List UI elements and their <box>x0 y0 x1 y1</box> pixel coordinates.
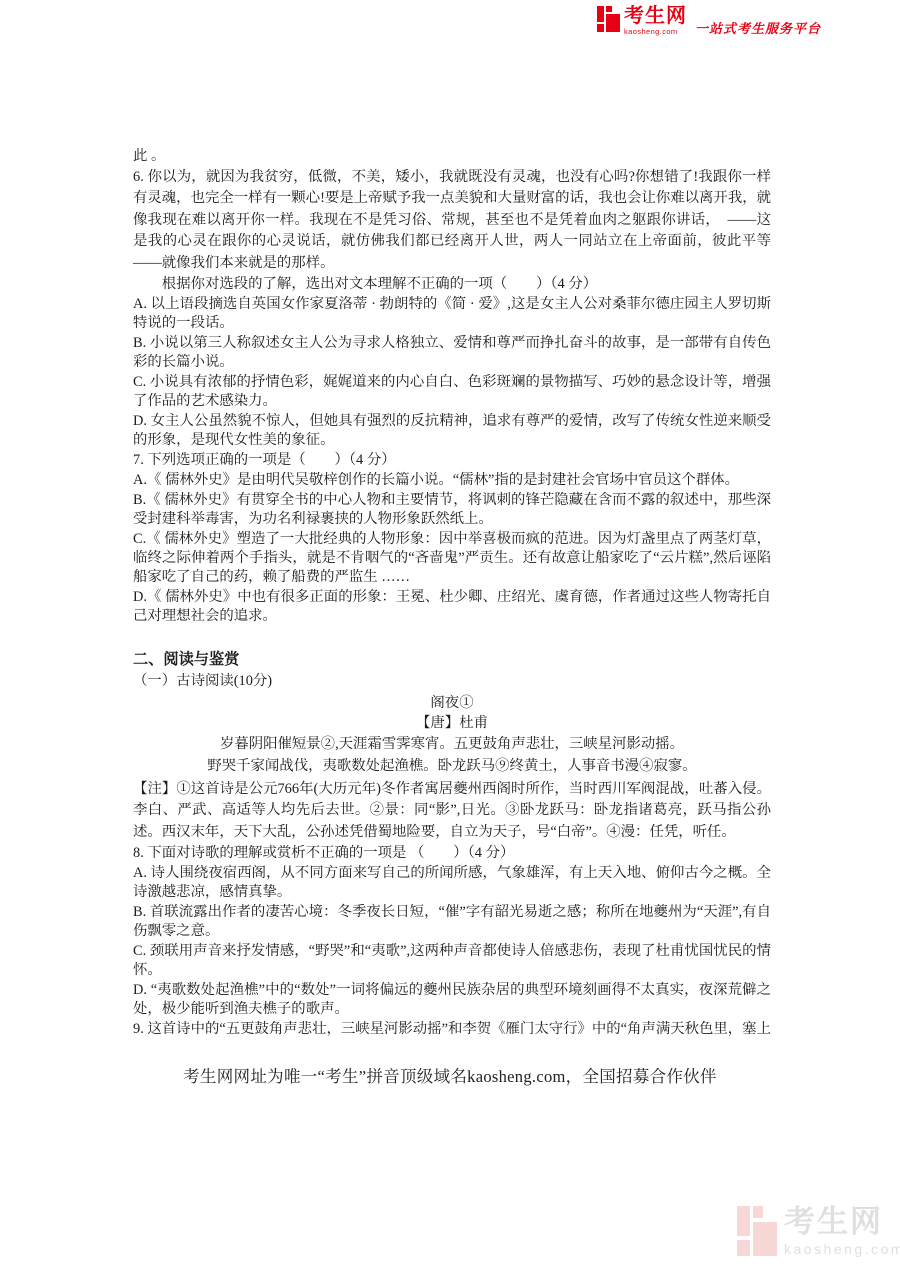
paragraph: 根据你对选段的了解，选出对文本理解不正确的一项（ ）（4 分） <box>133 275 771 294</box>
paragraph: C.《 儒林外史》塑造了一大批经典的人物形象：因中举喜极而疯的范进。因为灯盏里点… <box>133 530 771 587</box>
paragraph: D.《 儒林外史》中也有很多正面的形象：王冕、杜少卿、庄绍光、虞育德，作者通过这… <box>133 588 771 626</box>
site-header: 考生网 kaosheng.com 一站式考生服务平台 <box>597 6 821 37</box>
paragraph: （一）古诗阅读(10分) <box>133 672 771 691</box>
paragraph: 此 。 <box>133 147 771 166</box>
paragraph: D. “夷歌数处起渔樵”中的“数处”一词将偏远的夔州民族杂居的典型环境刻画得不太… <box>133 981 771 1019</box>
paragraph: 【唐】杜甫 <box>133 714 771 733</box>
paragraph: D. 女主人公虽然貌不惊人，但她具有强烈的反抗精神，追求有尊严的爱情，改写了传统… <box>133 412 771 450</box>
page-footer: 考生网网址为唯一“考生”拼音顶级域名kaosheng.com，全国招募合作伙伴 <box>0 1063 900 1087</box>
paragraph: 7. 下列选项正确的一项是（ ）（4 分） <box>133 451 771 470</box>
document-body: 此 。6. 你以为，就因为我贫穷，低微，不美，矮小，我就既没有灵魂，也没有心吗?… <box>133 147 771 1040</box>
kaosheng-logo-icon <box>597 6 620 32</box>
brand-name: 考生网 <box>624 6 687 26</box>
paragraph: 野哭千家闻战伐，夷歌数处起渔樵。卧龙跃马⑨终黄土，人事音书漫④寂寥。 <box>133 756 771 777</box>
footer-text: 考生网网址为唯一“考生”拼音顶级域名kaosheng.com，全国招募合作伙伴 <box>183 1067 717 1086</box>
brand-domain: kaosheng.com <box>624 28 687 36</box>
paragraph: 阁夜① <box>133 694 771 713</box>
paragraph: B. 首联流露出作者的凄苦心境：冬季夜长日短，“催”字有韶光易逝之感；称所在地夔… <box>133 903 771 941</box>
paragraph: B. 小说以第三人称叙述女主人公为寻求人格独立、爱情和尊严而挣扎奋斗的故事，是一… <box>133 334 771 372</box>
paragraph: 8. 下面对诗歌的理解或赏析不正确的一项是 （ ）（4 分） <box>133 844 771 863</box>
watermark-logo: 考生网 kaosheng.com <box>737 1206 900 1256</box>
paragraph: A. 以上语段摘选自英国女作家夏洛蒂 · 勃朗特的《简 · 爱》,这是女主人公对… <box>133 295 771 333</box>
paragraph: A.《 儒林外史》是由明代吴敬梓创作的长篇小说。“儒林”指的是封建社会官场中官员… <box>133 471 771 490</box>
paragraph: 9. 这首诗中的“五更鼓角声悲壮，三峡星河影动摇”和李贺《雁门太守行》中的“角声… <box>133 1020 771 1039</box>
exam-page: 考生网 kaosheng.com 一站式考生服务平台 此 。6. 你以为，就因为… <box>0 0 900 1271</box>
paragraph: B.《 儒林外史》有贯穿全书的中心人物和主要情节，将讽刺的锋芒隐藏在含而不露的叙… <box>133 491 771 529</box>
watermark-brand: 考生网 <box>784 1206 900 1237</box>
brand-tagline: 一站式考生服务平台 <box>695 18 821 37</box>
paragraph: C. 颈联用声音来抒发情感，“野哭”和“夷歌”,这两种声音都使诗人倍感悲伤，表现… <box>133 942 771 980</box>
paragraph: 二、阅读与鉴赏 <box>133 650 771 669</box>
watermark-text: 考生网 kaosheng.com <box>784 1206 900 1256</box>
watermark-domain: kaosheng.com <box>784 1242 900 1256</box>
paragraph: C. 小说具有浓郁的抒情色彩，娓娓道来的内心自白、色彩斑斓的景物描写、巧妙的悬念… <box>133 373 771 411</box>
paragraph: 6. 你以为，就因为我贫穷，低微，不美，矮小，我就既没有灵魂，也没有心吗?你想错… <box>133 167 771 274</box>
paragraph: 【注】①这首诗是公元766年(大历元年)冬作者寓居夔州西阁时所作，当时西川军阀混… <box>133 779 771 843</box>
paragraph: A. 诗人围绕夜宿西阁，从不同方面来写自己的所闻所感，气象雄浑，有上天入地、俯仰… <box>133 864 771 902</box>
kaosheng-watermark-icon <box>737 1206 777 1256</box>
kaosheng-logo: 考生网 kaosheng.com <box>624 6 687 36</box>
paragraph: 岁暮阴阳催短景②,天涯霜雪霁寒宵。五更鼓角声悲壮，三峡星河影动摇。 <box>133 734 771 755</box>
